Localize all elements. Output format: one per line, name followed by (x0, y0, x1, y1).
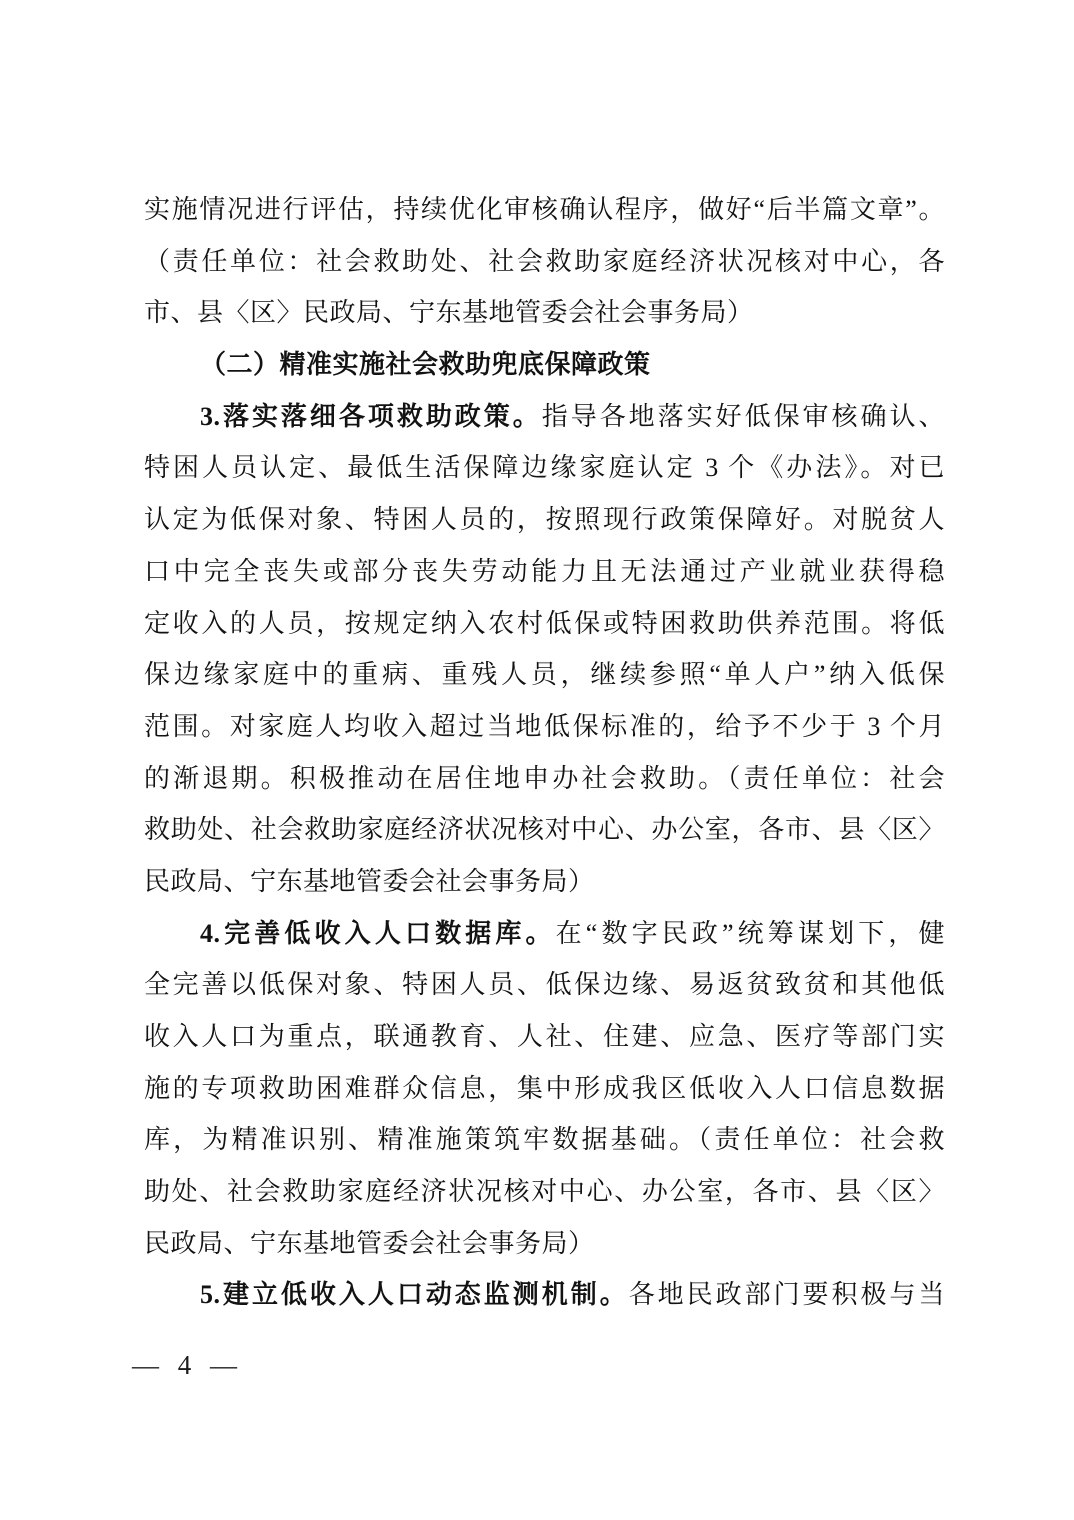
text-line-7: 认定为低保对象、特困人员的，按照现行政策保障好。对脱贫人 (144, 494, 945, 546)
document-body: 实施情况进行评估，持续优化审核确认程序，做好“后半篇文章”。 （责任单位：社会救… (144, 184, 945, 1321)
text-line-5: 3.落实落细各项救助政策。指导各地落实好低保审核确认、 (144, 391, 945, 443)
text-line-13: 救助处、社会救助家庭经济状况核对中心、办公室，各市、县〈区〉 (144, 804, 945, 856)
text-line-6: 特困人员认定、最低生活保障边缘家庭认定 3 个《办法》。对已 (144, 442, 945, 494)
text-line-22: 5.建立低收入人口动态监测机制。各地民政部门要积极与当 (144, 1269, 945, 1321)
line-text: 特困人员认定、最低生活保障边缘家庭认定 3 个《办法》。对已 (144, 453, 945, 482)
item-5-heading: 5.建立低收入人口动态监测机制。 (200, 1280, 629, 1309)
line-text: 全完善以低保对象、特困人员、低保边缘、易返贫致贫和其他低 (144, 970, 945, 999)
section-heading-2: （二）精准实施社会救助兜底保障政策 (144, 339, 945, 391)
text-line-20: 助处、社会救助家庭经济状况核对中心、办公室，各市、县〈区〉 (144, 1166, 945, 1218)
line-text: 的渐退期。积极推动在居住地申办社会救助。（责任单位：社会 (144, 764, 945, 793)
text-line-1: 实施情况进行评估，持续优化审核确认程序，做好“后半篇文章”。 (144, 184, 945, 236)
line-text: 施的专项救助困难群众信息，集中形成我区低收入人口信息数据 (144, 1074, 945, 1103)
line-text: （责任单位：社会救助处、社会救助家庭经济状况核对中心，各 (144, 247, 945, 276)
text-line-2: （责任单位：社会救助处、社会救助家庭经济状况核对中心，各 (144, 236, 945, 288)
line-text: 在“数字民政”统筹谋划下，健 (556, 919, 945, 948)
section-heading-text: （二）精准实施社会救助兜底保障政策 (200, 350, 651, 379)
text-line-10: 保边缘家庭中的重病、重残人员，继续参照“单人户”纳入低保 (144, 649, 945, 701)
line-text: 指导各地落实好低保审核确认、 (542, 402, 945, 431)
text-line-14: 民政局、宁东基地管委会社会事务局） (144, 856, 945, 908)
text-line-18: 施的专项救助困难群众信息，集中形成我区低收入人口信息数据 (144, 1063, 945, 1115)
text-line-16: 全完善以低保对象、特困人员、低保边缘、易返贫致贫和其他低 (144, 959, 945, 1011)
line-text: 认定为低保对象、特困人员的，按照现行政策保障好。对脱贫人 (144, 505, 945, 534)
line-text: 各地民政部门要积极与当 (629, 1280, 945, 1309)
item-3-heading: 3.落实落细各项救助政策。 (200, 402, 542, 431)
page-number: — 4 — (132, 1350, 243, 1381)
line-text: 范围。对家庭人均收入超过当地低保标准的，给予不少于 3 个月 (144, 712, 945, 741)
text-line-8: 口中完全丧失或部分丧失劳动能力且无法通过产业就业获得稳 (144, 546, 945, 598)
line-text: 保边缘家庭中的重病、重残人员，继续参照“单人户”纳入低保 (144, 660, 945, 689)
text-line-9: 定收入的人员，按规定纳入农村低保或特困救助供养范围。将低 (144, 598, 945, 650)
line-text: 实施情况进行评估，持续优化审核确认程序，做好“后半篇文章”。 (144, 195, 945, 224)
text-line-3: 市、县〈区〉民政局、宁东基地管委会社会事务局） (144, 287, 945, 339)
text-line-21: 民政局、宁东基地管委会社会事务局） (144, 1218, 945, 1270)
text-line-19: 库，为精准识别、精准施策筑牢数据基础。（责任单位：社会救 (144, 1114, 945, 1166)
line-text: 口中完全丧失或部分丧失劳动能力且无法通过产业就业获得稳 (144, 557, 945, 586)
line-text: 市、县〈区〉民政局、宁东基地管委会社会事务局） (144, 298, 754, 327)
item-4-heading: 4.完善低收入人口数据库。 (200, 919, 556, 948)
text-line-11: 范围。对家庭人均收入超过当地低保标准的，给予不少于 3 个月 (144, 701, 945, 753)
text-line-12: 的渐退期。积极推动在居住地申办社会救助。（责任单位：社会 (144, 753, 945, 805)
line-text: 民政局、宁东基地管委会社会事务局） (144, 867, 595, 896)
line-text: 助处、社会救助家庭经济状况核对中心、办公室，各市、县〈区〉 (144, 1177, 945, 1206)
document-page: 实施情况进行评估，持续优化审核确认程序，做好“后半篇文章”。 （责任单位：社会救… (0, 0, 1074, 1520)
line-text: 民政局、宁东基地管委会社会事务局） (144, 1229, 595, 1258)
line-text: 定收入的人员，按规定纳入农村低保或特困救助供养范围。将低 (144, 609, 945, 638)
text-line-17: 收入人口为重点，联通教育、人社、住建、应急、医疗等部门实 (144, 1011, 945, 1063)
line-text: 救助处、社会救助家庭经济状况核对中心、办公室，各市、县〈区〉 (144, 815, 945, 844)
text-line-15: 4.完善低收入人口数据库。在“数字民政”统筹谋划下，健 (144, 908, 945, 960)
line-text: 库，为精准识别、精准施策筑牢数据基础。（责任单位：社会救 (144, 1125, 945, 1154)
line-text: 收入人口为重点，联通教育、人社、住建、应急、医疗等部门实 (144, 1022, 945, 1051)
